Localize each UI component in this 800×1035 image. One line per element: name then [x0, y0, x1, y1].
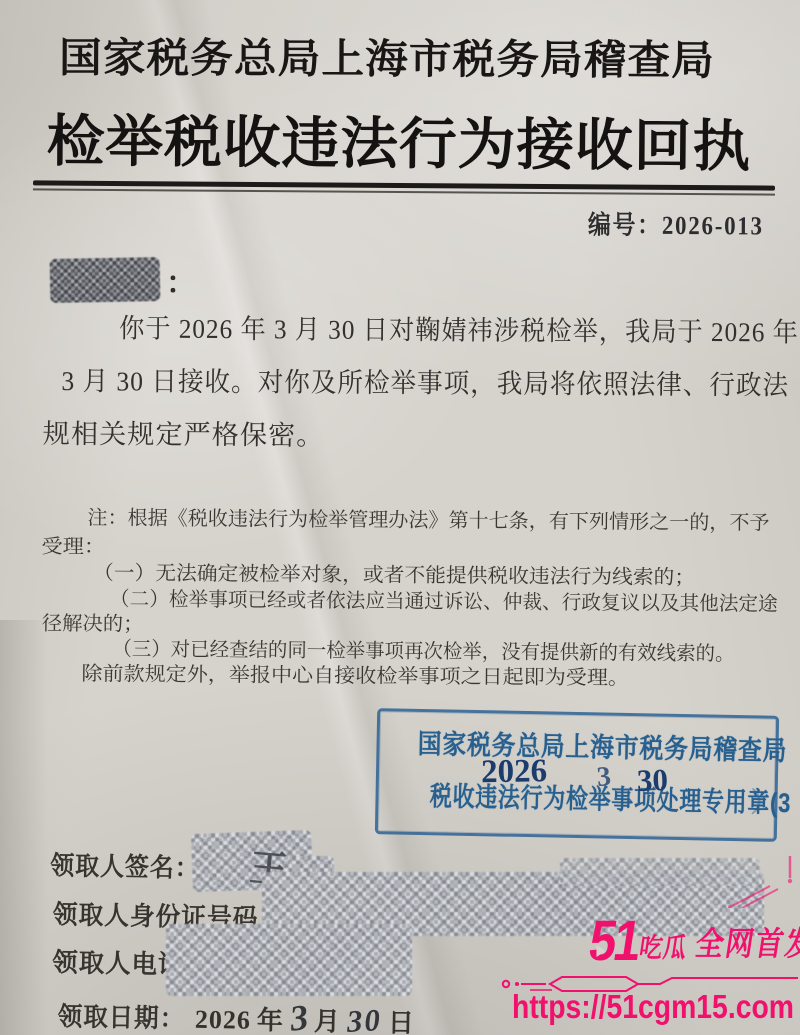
date-month-unit: 月 [314, 1001, 342, 1035]
logo-51-text: 51 [586, 918, 642, 965]
watermark: 51 吃瓜 全网首发 https://51cgm15.com [500, 918, 800, 1030]
watermark-tagline: 全网首发 [693, 918, 800, 965]
stamp-handwritten-month: 3 [596, 761, 613, 794]
note-line: 除前款规定外，举报中心自接收检举事项之日起即为受理。 [95, 657, 615, 690]
date-handwritten-day: 30 [346, 1002, 383, 1035]
play-icon [596, 945, 605, 957]
date-field: 领取日期： 2026 年 3 月 30 日 [54, 992, 416, 1035]
logo-chigua-text: 吃瓜 [637, 926, 691, 965]
stamp-line-2: 税收违法行为检举事项处理专用章(3 [387, 773, 800, 821]
signature-field: 领取人签名： [44, 845, 207, 885]
note-line: 受理： [43, 530, 103, 559]
document-photo: 国家税务总局上海市税务局稽查局 检举税收违法行为接收回执 编号：2026-013… [0, 0, 800, 1035]
date-label: 领取日期： [57, 996, 185, 1035]
date-year: 2026 [195, 1005, 252, 1035]
circuit-traces-icon [726, 856, 798, 908]
date-handwritten-month: 3 [288, 996, 311, 1035]
note-line: （二）检举事项已经或者依法应当通过诉讼、仲裁、行政复议以及其他法定途 [104, 582, 784, 616]
watermark-logo: 51 吃瓜 全网首发 [590, 918, 800, 965]
note-block: 注：根据《税收违法行为检举管理办法》第十七条，有下列情形之一的，不予 受理： （… [0, 0, 800, 706]
date-day-unit: 日 [388, 1002, 416, 1035]
note-line: 注：根据《税收违法行为检举管理办法》第十七条，有下列情形之一的，不予 [88, 501, 768, 535]
date-year-unit: 年 [257, 1000, 285, 1035]
phone-number-redaction-blur [166, 924, 412, 996]
signature-label: 领取人签名： [50, 845, 200, 885]
stamp-line-2-faint-paren: ） [750, 780, 778, 820]
official-stamp-box: 国家税务总局上海市税务局稽查局 税收违法行为检举事项处理专用章(3 ） 2026… [375, 708, 779, 842]
watermark-url: https://51cgm15.com [512, 988, 794, 1026]
stamp-handwritten-day: 30 [636, 762, 668, 799]
stamp-handwritten-year: 2026 [481, 753, 548, 791]
